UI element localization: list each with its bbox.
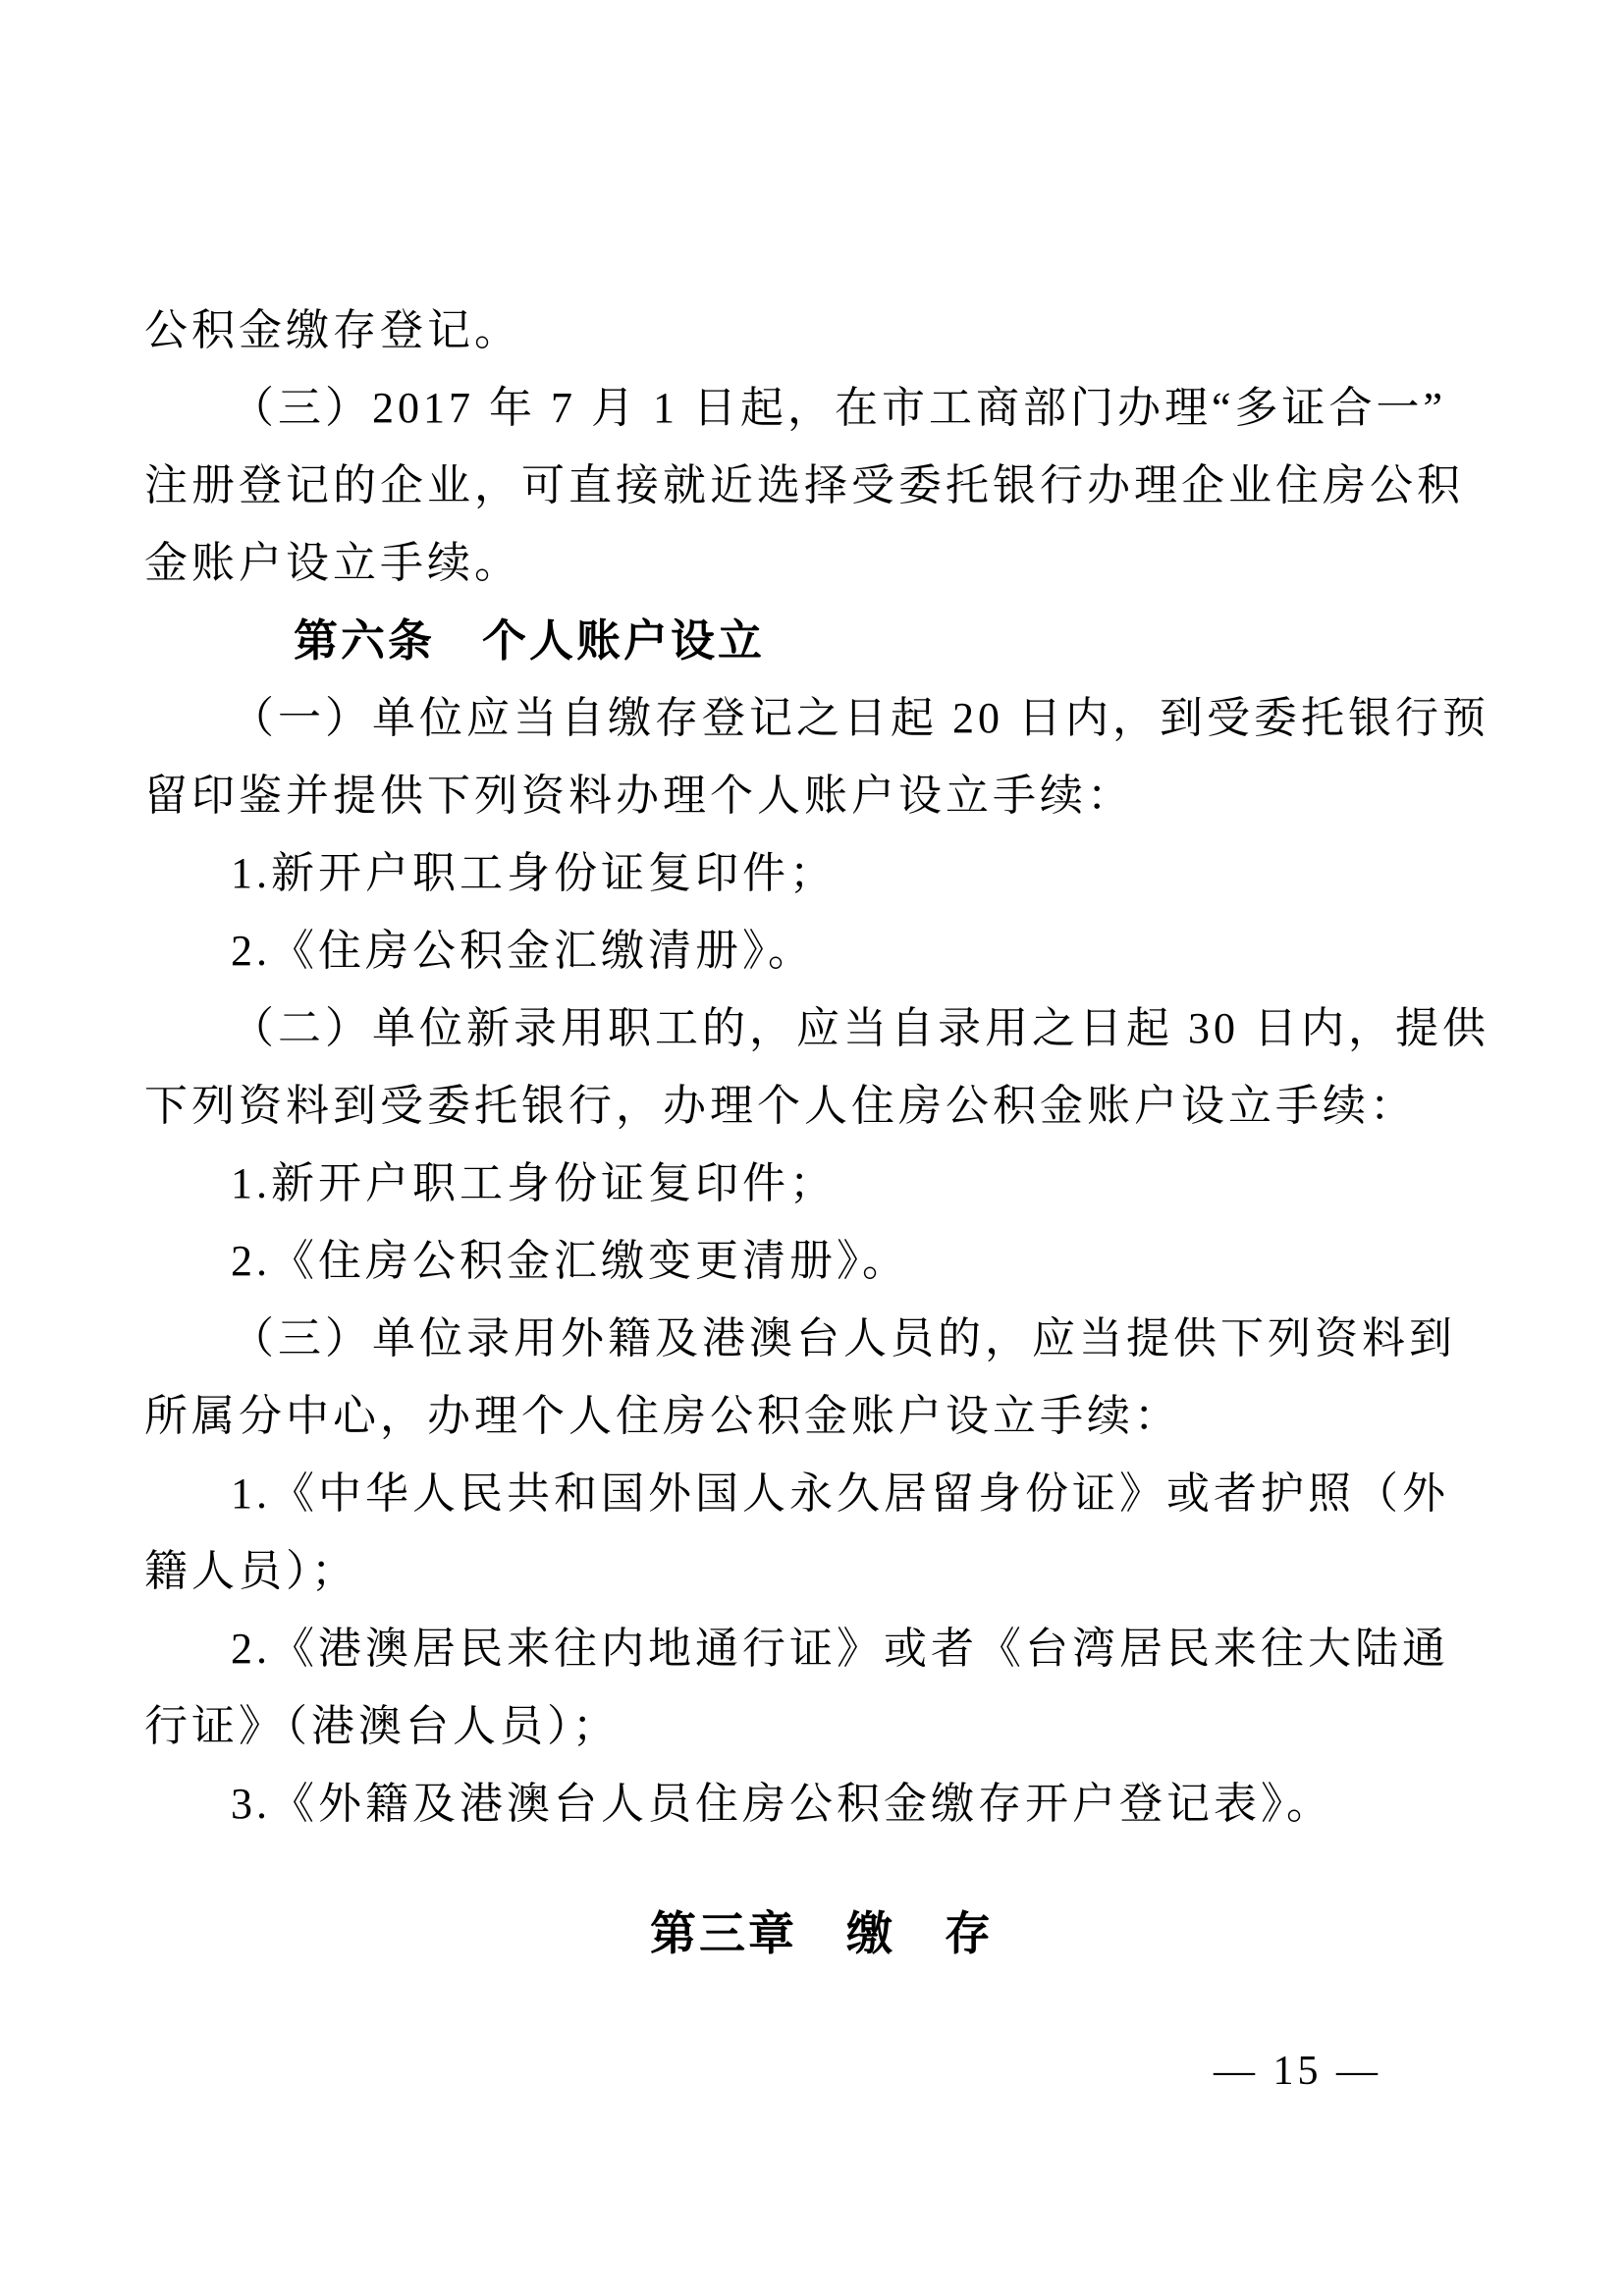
list-item: 2.《住房公积金汇缴变更清册》。 [144, 1222, 1499, 1300]
list-item: 1.新开户职工身份证复印件； [144, 834, 1499, 912]
text-line: 注册登记的企业，可直接就近选择受委托银行办理企业住房公积 [144, 447, 1499, 524]
text-line: 行证》（港澳台人员）； [144, 1687, 1499, 1765]
text-line: （三）2017 年 7 月 1 日起，在市工商部门办理“多证合一” [144, 369, 1499, 447]
document-body: 公积金缴存登记。 （三）2017 年 7 月 1 日起，在市工商部门办理“多证合… [144, 292, 1499, 1972]
page-number: — 15 — [1214, 2048, 1381, 2095]
document-page: 公积金缴存登记。 （三）2017 年 7 月 1 日起，在市工商部门办理“多证合… [0, 0, 1623, 2296]
text-line: 籍人员）； [144, 1532, 1499, 1610]
article-heading: 第六条 个人账户设立 [144, 602, 1499, 679]
list-item: 1.新开户职工身份证复印件； [144, 1145, 1499, 1222]
text-line: 所属分中心，办理个人住房公积金账户设立手续： [144, 1377, 1499, 1455]
text-line: （二）单位新录用职工的，应当自录用之日起 30 日内，提供 [144, 989, 1499, 1067]
text-line: 金账户设立手续。 [144, 524, 1499, 602]
list-item: 1.《中华人民共和国外国人永久居留身份证》或者护照（外 [144, 1455, 1499, 1532]
list-item: 2.《港澳居民来往内地通行证》或者《台湾居民来往大陆通 [144, 1610, 1499, 1687]
chapter-heading: 第三章 缴 存 [144, 1895, 1499, 1972]
text-line: 公积金缴存登记。 [144, 292, 1499, 369]
list-item: 2.《住房公积金汇缴清册》。 [144, 912, 1499, 989]
text-line: （三）单位录用外籍及港澳台人员的，应当提供下列资料到 [144, 1300, 1499, 1377]
text-line: 下列资料到受委托银行，办理个人住房公积金账户设立手续： [144, 1067, 1499, 1145]
text-line: （一）单位应当自缴存登记之日起 20 日内，到受委托银行预 [144, 679, 1499, 757]
text-line: 留印鉴并提供下列资料办理个人账户设立手续： [144, 757, 1499, 834]
list-item: 3.《外籍及港澳台人员住房公积金缴存开户登记表》。 [144, 1765, 1499, 1842]
